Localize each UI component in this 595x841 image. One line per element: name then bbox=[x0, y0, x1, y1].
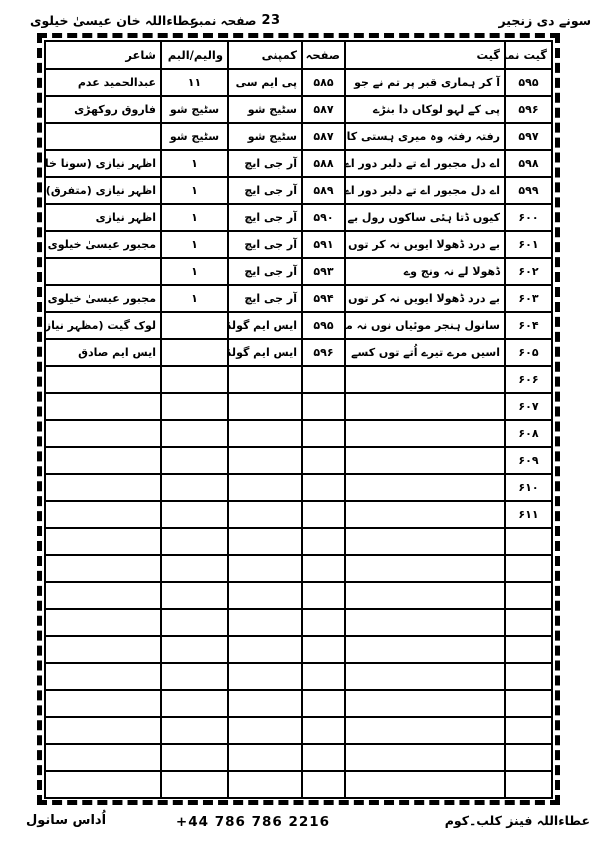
cell-company: آر جی ایچ bbox=[228, 231, 302, 258]
cell-volume bbox=[161, 663, 228, 690]
cell-volume bbox=[161, 744, 228, 771]
table-row: ۶۱۱ bbox=[45, 501, 552, 528]
cell-volume bbox=[161, 339, 228, 366]
cell-company: پی ایم سی bbox=[228, 69, 302, 96]
cell-volume bbox=[161, 420, 228, 447]
cell-page-no: ۵۹۵ bbox=[302, 312, 345, 339]
cell-poet bbox=[45, 393, 161, 420]
cell-song: بے درد ڈھولا ایویں نہ کر توں bbox=[345, 231, 505, 258]
cell-poet bbox=[45, 663, 161, 690]
cell-poet bbox=[45, 474, 161, 501]
cell-song-no: ۵۹۷ bbox=[505, 123, 552, 150]
footer-note: اُداس سانول bbox=[26, 813, 106, 828]
cell-company bbox=[228, 690, 302, 717]
cell-volume bbox=[161, 474, 228, 501]
footer-website: عطاءاللہ فینز کلب۔کوم bbox=[445, 813, 590, 828]
cell-song bbox=[345, 690, 505, 717]
cell-volume: ۱ bbox=[161, 150, 228, 177]
cell-volume: ۱ bbox=[161, 204, 228, 231]
cell-page-no: ۵۸۵ bbox=[302, 69, 345, 96]
cell-page-no: ۵۸۸ bbox=[302, 150, 345, 177]
page-number-label: صفحہ نمبر bbox=[191, 14, 256, 28]
cell-page-no: ۵۹۰ bbox=[302, 204, 345, 231]
cell-song: پی کے لہو لوکاں دا بنڑے bbox=[345, 96, 505, 123]
cell-page-no: ۵۸۹ bbox=[302, 177, 345, 204]
cell-company bbox=[228, 447, 302, 474]
cell-company bbox=[228, 393, 302, 420]
cell-volume: ۱ bbox=[161, 231, 228, 258]
cell-song bbox=[345, 555, 505, 582]
cell-song: ڈھولا لے نہ ونج وے bbox=[345, 258, 505, 285]
cell-song-no: ۶۰۲ bbox=[505, 258, 552, 285]
cell-poet bbox=[45, 636, 161, 663]
cell-song bbox=[345, 717, 505, 744]
cell-company: آر جی ایچ bbox=[228, 258, 302, 285]
cell-volume bbox=[161, 528, 228, 555]
cell-song: اسیں مرے تیرے اُتے توں کسے bbox=[345, 339, 505, 366]
cell-song-no: ۶۱۱ bbox=[505, 501, 552, 528]
cell-poet: اظہر نیازی (متفرق) bbox=[45, 177, 161, 204]
cell-company: آر جی ایچ bbox=[228, 285, 302, 312]
cell-song-no: ۶۰۹ bbox=[505, 447, 552, 474]
songs-table: گیت نمبر گیت صفحہ نمبر کمپنی والیم/البم … bbox=[44, 40, 553, 799]
cell-company: سٹیج شو bbox=[228, 96, 302, 123]
cell-song: اے دل مجبور اے تے دلبر دور اے bbox=[345, 177, 505, 204]
cell-poet bbox=[45, 528, 161, 555]
cell-page-no bbox=[302, 420, 345, 447]
cell-poet bbox=[45, 447, 161, 474]
cell-volume bbox=[161, 555, 228, 582]
footer-phone: +44 786 786 2216 bbox=[176, 814, 330, 830]
cell-song-no: ۶۰۰ bbox=[505, 204, 552, 231]
cell-song bbox=[345, 582, 505, 609]
cell-poet bbox=[45, 123, 161, 150]
cell-volume: ۱ bbox=[161, 258, 228, 285]
table-row: ۶۰۷ bbox=[45, 393, 552, 420]
col-header-song: گیت bbox=[345, 41, 505, 69]
cell-song-no bbox=[505, 582, 552, 609]
cell-song-no bbox=[505, 636, 552, 663]
cell-song-no bbox=[505, 771, 552, 798]
cell-page-no: ۵۹۳ bbox=[302, 258, 345, 285]
table-row: ۵۹۷رفتہ رفتہ وہ میری ہستی کا۵۸۷سٹیج شوسٹ… bbox=[45, 123, 552, 150]
cell-page-no: ۵۸۷ bbox=[302, 123, 345, 150]
cell-song-no: ۵۹۸ bbox=[505, 150, 552, 177]
table-row: ۶۰۸ bbox=[45, 420, 552, 447]
table-row: ۶۰۴سانول ہنجر موئیاں نوں نہ مار۵۹۵ایس ای… bbox=[45, 312, 552, 339]
cell-song-no bbox=[505, 663, 552, 690]
cell-poet bbox=[45, 717, 161, 744]
cell-company bbox=[228, 582, 302, 609]
cell-song bbox=[345, 366, 505, 393]
table-row: ۶۱۰ bbox=[45, 474, 552, 501]
cell-company: ایس ایم گولڈ bbox=[228, 312, 302, 339]
cell-page-no bbox=[302, 555, 345, 582]
cell-poet bbox=[45, 420, 161, 447]
cell-company bbox=[228, 474, 302, 501]
cell-volume: ۱ bbox=[161, 285, 228, 312]
cell-song bbox=[345, 609, 505, 636]
col-header-poet: شاعر bbox=[45, 41, 161, 69]
cell-poet: فاروق روکھڑی bbox=[45, 96, 161, 123]
table-row: ۵۹۶پی کے لہو لوکاں دا بنڑے۵۸۷سٹیج شوسٹیج… bbox=[45, 96, 552, 123]
cell-song: سانول ہنجر موئیاں نوں نہ مار bbox=[345, 312, 505, 339]
cell-song-no bbox=[505, 609, 552, 636]
cell-page-no: ۵۹۱ bbox=[302, 231, 345, 258]
cell-volume bbox=[161, 636, 228, 663]
cell-song-no bbox=[505, 528, 552, 555]
cell-song-no: ۶۰۵ bbox=[505, 339, 552, 366]
cell-volume bbox=[161, 690, 228, 717]
cell-page-no bbox=[302, 447, 345, 474]
cell-volume bbox=[161, 447, 228, 474]
cell-page-no bbox=[302, 582, 345, 609]
cell-volume bbox=[161, 393, 228, 420]
table-header-row: گیت نمبر گیت صفحہ نمبر کمپنی والیم/البم … bbox=[45, 41, 552, 69]
cell-page-no bbox=[302, 717, 345, 744]
cell-company: آر جی ایچ bbox=[228, 150, 302, 177]
cell-company: آر جی ایچ bbox=[228, 177, 302, 204]
table-row bbox=[45, 582, 552, 609]
cell-volume: سٹیج شو bbox=[161, 96, 228, 123]
cell-song bbox=[345, 663, 505, 690]
table-row: ۶۰۱بے درد ڈھولا ایویں نہ کر توں۵۹۱آر جی … bbox=[45, 231, 552, 258]
cell-song-no bbox=[505, 690, 552, 717]
cell-song-no bbox=[505, 717, 552, 744]
cell-volume bbox=[161, 501, 228, 528]
cell-page-no bbox=[302, 528, 345, 555]
cell-song bbox=[345, 636, 505, 663]
table-row bbox=[45, 663, 552, 690]
cell-page-no bbox=[302, 744, 345, 771]
cell-poet: ایس ایم صادق bbox=[45, 339, 161, 366]
cell-song-no: ۵۹۵ bbox=[505, 69, 552, 96]
cell-company bbox=[228, 555, 302, 582]
cell-poet: لوک گیت (مظہر نیازی) bbox=[45, 312, 161, 339]
table-row: ۵۹۵آ کر ہماری قبر پر تم نے جو۵۸۵پی ایم س… bbox=[45, 69, 552, 96]
cell-volume bbox=[161, 717, 228, 744]
cell-company: سٹیج شو bbox=[228, 123, 302, 150]
cell-page-no bbox=[302, 663, 345, 690]
cell-company bbox=[228, 744, 302, 771]
table-row bbox=[45, 744, 552, 771]
cell-song: کیوں ڈتا ہئی ساکوں رول بے پرواہ bbox=[345, 204, 505, 231]
cell-song bbox=[345, 420, 505, 447]
cell-song-no: ۶۰۷ bbox=[505, 393, 552, 420]
cell-poet: مجبور عیسیٰ خیلوی (متفرق) bbox=[45, 231, 161, 258]
cell-poet: اظہر نیازی (سونا خان بیوس) bbox=[45, 150, 161, 177]
cell-song-no: ۶۰۶ bbox=[505, 366, 552, 393]
cell-song bbox=[345, 393, 505, 420]
cell-volume: ۱ bbox=[161, 177, 228, 204]
cell-poet: اظہر نیازی bbox=[45, 204, 161, 231]
cell-company: آر جی ایچ bbox=[228, 204, 302, 231]
table-row bbox=[45, 690, 552, 717]
cell-song-no: ۶۰۱ bbox=[505, 231, 552, 258]
cell-poet bbox=[45, 366, 161, 393]
cell-poet bbox=[45, 582, 161, 609]
cell-page-no bbox=[302, 636, 345, 663]
cell-volume: سٹیج شو bbox=[161, 123, 228, 150]
cell-poet bbox=[45, 555, 161, 582]
cell-song-no: ۵۹۶ bbox=[505, 96, 552, 123]
cell-volume: ۱۱ bbox=[161, 69, 228, 96]
cell-company bbox=[228, 366, 302, 393]
cell-page-no: ۵۹۴ bbox=[302, 285, 345, 312]
col-header-song-number: گیت نمبر bbox=[505, 41, 552, 69]
cell-song-no bbox=[505, 555, 552, 582]
table-row: ۶۰۳بے درد ڈھولا ایویں نہ کر توں۵۹۴آر جی … bbox=[45, 285, 552, 312]
cell-song-no: ۵۹۹ bbox=[505, 177, 552, 204]
table-row bbox=[45, 636, 552, 663]
cell-song bbox=[345, 474, 505, 501]
cell-company bbox=[228, 636, 302, 663]
cell-company bbox=[228, 663, 302, 690]
cell-company: ایس ایم گولڈ bbox=[228, 339, 302, 366]
table-row: ۶۰۹ bbox=[45, 447, 552, 474]
cell-song-no: ۶۰۳ bbox=[505, 285, 552, 312]
songs-table-frame: گیت نمبر گیت صفحہ نمبر کمپنی والیم/البم … bbox=[37, 33, 560, 805]
cell-song bbox=[345, 771, 505, 798]
table-row bbox=[45, 771, 552, 798]
table-row bbox=[45, 717, 552, 744]
table-row: ۶۰۲ڈھولا لے نہ ونج وے۵۹۳آر جی ایچ۱ bbox=[45, 258, 552, 285]
cell-page-no bbox=[302, 690, 345, 717]
cell-volume bbox=[161, 312, 228, 339]
cell-song-no: ۶۱۰ bbox=[505, 474, 552, 501]
cell-company bbox=[228, 609, 302, 636]
book-title: سونے دی زنجیر bbox=[499, 13, 592, 28]
table-row: ۵۹۸اے دل مجبور اے تے دلبر دور اے۵۸۸آر جی… bbox=[45, 150, 552, 177]
cell-song: بے درد ڈھولا ایویں نہ کر توں bbox=[345, 285, 505, 312]
cell-song: آ کر ہماری قبر پر تم نے جو bbox=[345, 69, 505, 96]
cell-song bbox=[345, 528, 505, 555]
cell-company bbox=[228, 771, 302, 798]
cell-song-no bbox=[505, 744, 552, 771]
cell-page-no bbox=[302, 393, 345, 420]
table-row bbox=[45, 528, 552, 555]
cell-poet bbox=[45, 690, 161, 717]
cell-volume bbox=[161, 582, 228, 609]
cell-poet: عبدالحمید عدم bbox=[45, 69, 161, 96]
cell-song-no: ۶۰۴ bbox=[505, 312, 552, 339]
cell-poet bbox=[45, 771, 161, 798]
table-row: ۵۹۹اے دل مجبور اے تے دلبر دور اے۵۸۹آر جی… bbox=[45, 177, 552, 204]
cell-poet bbox=[45, 258, 161, 285]
cell-company bbox=[228, 501, 302, 528]
cell-poet bbox=[45, 609, 161, 636]
cell-poet: مجبور عیسیٰ خیلوی (متفرق) bbox=[45, 285, 161, 312]
cell-page-no: ۵۹۶ bbox=[302, 339, 345, 366]
cell-volume bbox=[161, 366, 228, 393]
cell-page-no bbox=[302, 474, 345, 501]
cell-volume bbox=[161, 771, 228, 798]
cell-volume bbox=[161, 609, 228, 636]
cell-song: اے دل مجبور اے تے دلبر دور اے bbox=[345, 150, 505, 177]
table-row bbox=[45, 609, 552, 636]
cell-song-no: ۶۰۸ bbox=[505, 420, 552, 447]
cell-company bbox=[228, 717, 302, 744]
cell-poet bbox=[45, 744, 161, 771]
cell-company bbox=[228, 420, 302, 447]
cell-company bbox=[228, 528, 302, 555]
table-row bbox=[45, 555, 552, 582]
table-row: ۶۰۶ bbox=[45, 366, 552, 393]
cell-page-no bbox=[302, 501, 345, 528]
cell-page-no bbox=[302, 771, 345, 798]
cell-poet bbox=[45, 501, 161, 528]
col-header-company: کمپنی bbox=[228, 41, 302, 69]
table-row: ۶۰۰کیوں ڈتا ہئی ساکوں رول بے پرواہ۵۹۰آر … bbox=[45, 204, 552, 231]
cell-page-no: ۵۸۷ bbox=[302, 96, 345, 123]
cell-page-no bbox=[302, 366, 345, 393]
cell-song bbox=[345, 744, 505, 771]
col-header-page-number: صفحہ نمبر bbox=[302, 41, 345, 69]
col-header-volume-album: والیم/البم bbox=[161, 41, 228, 69]
cell-page-no bbox=[302, 609, 345, 636]
cell-song: رفتہ رفتہ وہ میری ہستی کا bbox=[345, 123, 505, 150]
cell-song bbox=[345, 501, 505, 528]
artist-name: عطاءاللہ خان عیسیٰ خیلوی bbox=[30, 13, 198, 28]
cell-song bbox=[345, 447, 505, 474]
page-number-value: 23 bbox=[261, 13, 280, 28]
table-row: ۶۰۵اسیں مرے تیرے اُتے توں کسے۵۹۶ایس ایم … bbox=[45, 339, 552, 366]
page-number: صفحہ نمبر 23 bbox=[191, 13, 280, 28]
